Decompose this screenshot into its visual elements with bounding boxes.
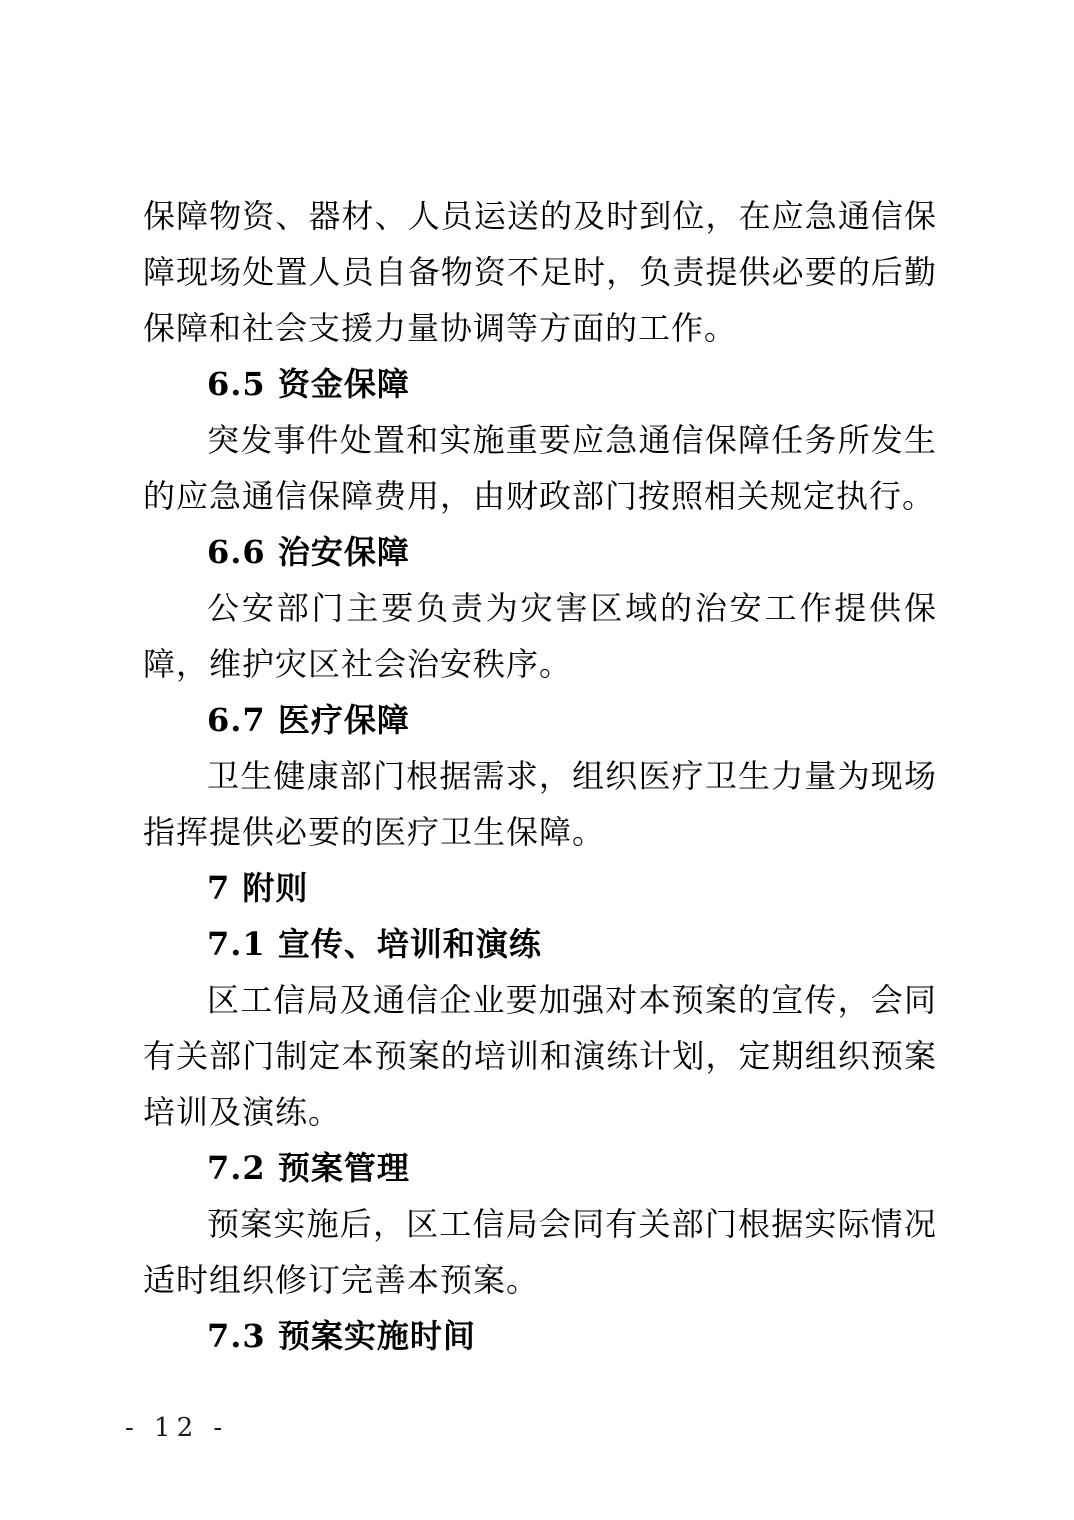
section-heading-7-1: 7.1 宣传、培训和演练 bbox=[143, 916, 937, 972]
section-heading-6-6: 6.6 治安保障 bbox=[143, 524, 937, 580]
body-paragraph: 卫生健康部门根据需求，组织医疗卫生力量为现场指挥提供必要的医疗卫生保障。 bbox=[143, 748, 937, 860]
section-heading-6-7: 6.7 医疗保障 bbox=[143, 692, 937, 748]
body-paragraph: 突发事件处置和实施重要应急通信保障任务所发生的应急通信保障费用，由财政部门按照相… bbox=[143, 412, 937, 524]
body-paragraph: 预案实施后，区工信局会同有关部门根据实际情况适时组织修订完善本预案。 bbox=[143, 1196, 937, 1308]
document-body: 保障物资、器材、人员运送的及时到位，在应急通信保障现场处置人员自备物资不足时，负… bbox=[143, 188, 937, 1364]
document-page: 保障物资、器材、人员运送的及时到位，在应急通信保障现场处置人员自备物资不足时，负… bbox=[0, 0, 1074, 1520]
section-heading-7: 7 附则 bbox=[143, 860, 937, 916]
body-paragraph: 公安部门主要负责为灾害区域的治安工作提供保障，维护灾区社会治安秩序。 bbox=[143, 580, 937, 692]
body-paragraph: 保障物资、器材、人员运送的及时到位，在应急通信保障现场处置人员自备物资不足时，负… bbox=[143, 188, 937, 356]
section-heading-7-2: 7.2 预案管理 bbox=[143, 1140, 937, 1196]
section-heading-7-3: 7.3 预案实施时间 bbox=[143, 1308, 937, 1364]
body-paragraph: 区工信局及通信企业要加强对本预案的宣传，会同有关部门制定本预案的培训和演练计划，… bbox=[143, 972, 937, 1140]
section-heading-6-5: 6.5 资金保障 bbox=[143, 356, 937, 412]
page-number: - 12 - bbox=[125, 1410, 228, 1446]
